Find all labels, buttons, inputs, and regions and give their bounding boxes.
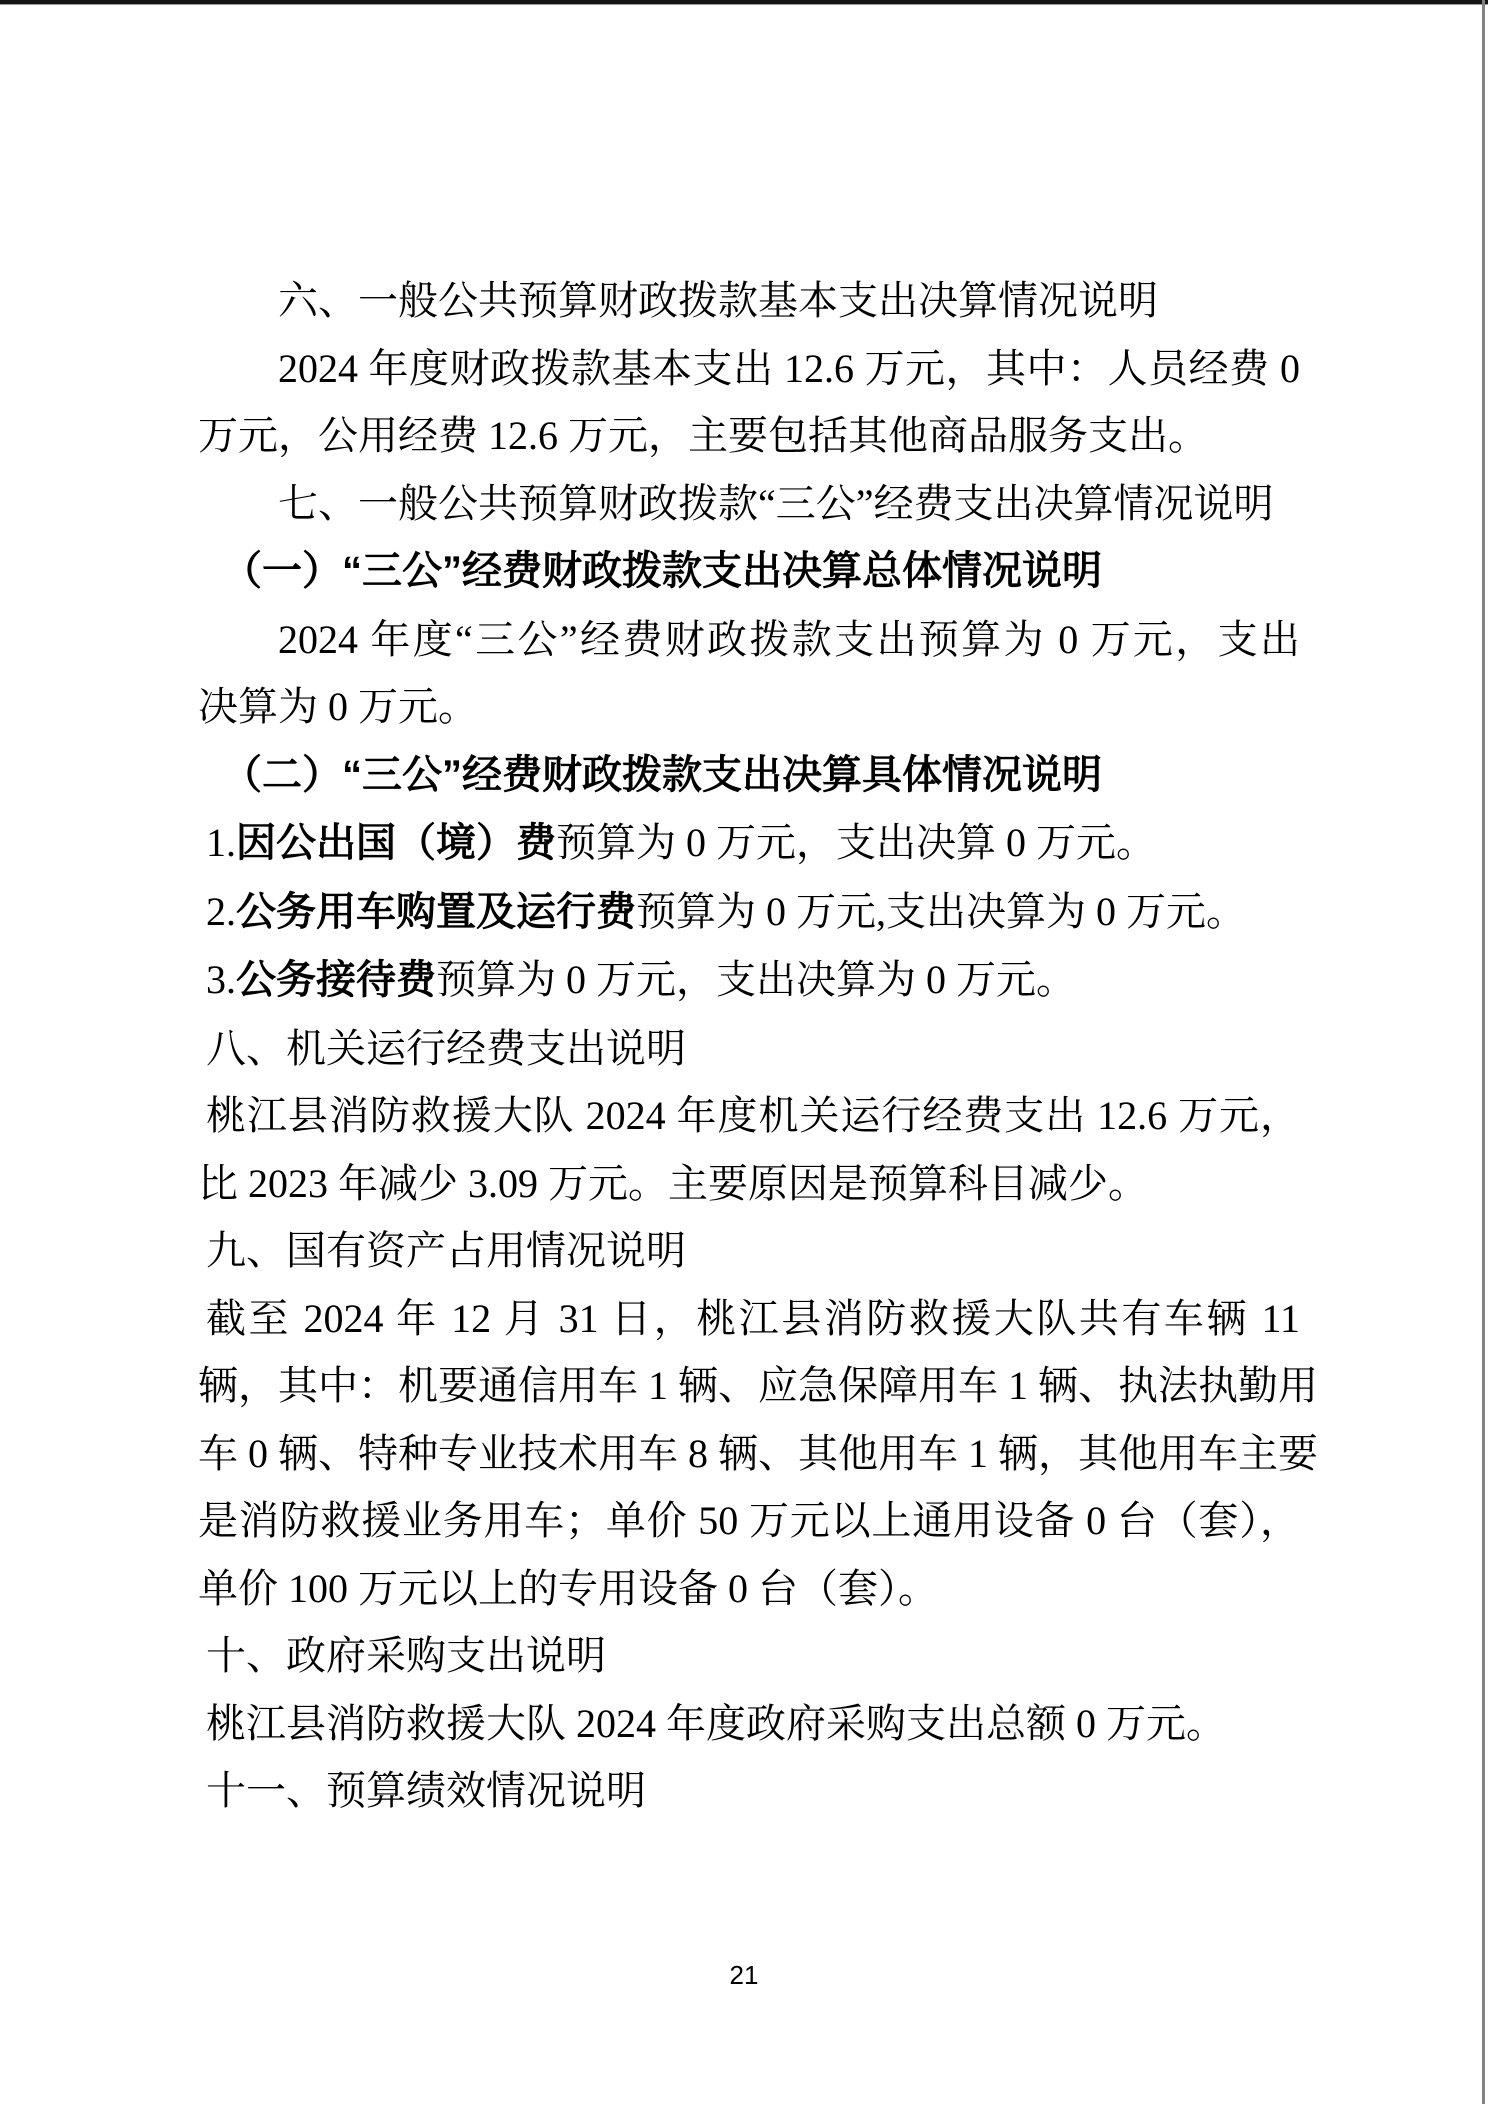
text-line: 七、一般公共预算财政拨款“三公”经费支出决算情况说明 xyxy=(198,470,1300,538)
text-segment: 2024 年度财政拨款基本支出 12.6 万元，其中：人员经费 0 xyxy=(278,346,1300,391)
text-line: 十一、预算绩效情况说明 xyxy=(198,1757,1300,1825)
text-line: 九、国有资产占用情况说明 xyxy=(198,1217,1300,1285)
document-page: 六、一般公共预算财政拨款基本支出决算情况说明2024 年度财政拨款基本支出 12… xyxy=(0,0,1488,2104)
text-segment: 八、机关运行经费支出说明 xyxy=(206,1026,686,1071)
text-line: 1.因公出国（境）费预算为 0 万元，支出决算 0 万元。 xyxy=(198,809,1300,878)
text-line: 决算为 0 万元。 xyxy=(198,673,1300,741)
text-segment: 2024 年度“三公”经费财政拨款支出预算为 0 万元，支出 xyxy=(278,617,1300,662)
text-segment: 截至 2024 年 12 月 31 日，桃江县消防救援大队共有车辆 11 xyxy=(206,1296,1300,1341)
text-segment: 预算为 0 万元，支出决算为 0 万元。 xyxy=(436,957,1076,1002)
text-line: 十、政府采购支出说明 xyxy=(198,1622,1300,1690)
text-line: 万元，公用经费 12.6 万元，主要包括其他商品服务支出。 xyxy=(198,402,1300,470)
window-top-edge xyxy=(0,0,1488,5)
text-line: 2024 年度“三公”经费财政拨款支出预算为 0 万元，支出 xyxy=(198,606,1300,674)
text-line: 2024 年度财政拨款基本支出 12.6 万元，其中：人员经费 0 xyxy=(198,335,1300,403)
text-segment: 十一、预算绩效情况说明 xyxy=(206,1768,646,1813)
document-body: 六、一般公共预算财政拨款基本支出决算情况说明2024 年度财政拨款基本支出 12… xyxy=(198,267,1300,1825)
text-segment: 辆，其中：机要通信用车 1 辆、应急保障用车 1 辆、执法执勤用 xyxy=(198,1363,1318,1408)
text-segment: 桃江县消防救援大队 2024 年度机关运行经费支出 12.6 万元， xyxy=(206,1093,1300,1138)
text-segment: 2. xyxy=(206,889,236,934)
page-number: 21 xyxy=(0,1960,1488,1991)
text-segment: 万元，公用经费 12.6 万元，主要包括其他商品服务支出。 xyxy=(198,413,1208,458)
text-segment: 七、一般公共预算财政拨款“三公”经费支出决算情况说明 xyxy=(278,481,1274,526)
text-line: （一）“三公”经费财政拨款支出决算总体情况说明 xyxy=(198,537,1300,606)
text-segment: 预算为 0 万元,支出决算为 0 万元。 xyxy=(636,889,1246,934)
text-line: 比 2023 年减少 3.09 万元。主要原因是预算科目减少。 xyxy=(198,1150,1300,1218)
text-segment: 六、一般公共预算财政拨款基本支出决算情况说明 xyxy=(278,278,1158,323)
text-segment: 单价 100 万元以上的专用设备 0 台（套）。 xyxy=(198,1566,938,1611)
text-segment: 九、国有资产占用情况说明 xyxy=(206,1228,686,1273)
bold-text-segment: （一）“三公”经费财政拨款支出决算总体情况说明 xyxy=(222,549,1102,593)
text-segment: 比 2023 年减少 3.09 万元。主要原因是预算科目减少。 xyxy=(198,1161,1148,1206)
text-line: 八、机关运行经费支出说明 xyxy=(198,1015,1300,1083)
bold-text-segment: 因公出国（境）费 xyxy=(236,821,556,865)
text-line: 桃江县消防救援大队 2024 年度政府采购支出总额 0 万元。 xyxy=(198,1690,1300,1758)
text-line: 截至 2024 年 12 月 31 日，桃江县消防救援大队共有车辆 11 xyxy=(198,1285,1300,1353)
text-line: （二）“三公”经费财政拨款支出决算具体情况说明 xyxy=(198,741,1300,810)
text-line: 六、一般公共预算财政拨款基本支出决算情况说明 xyxy=(198,267,1300,335)
text-segment: 预算为 0 万元，支出决算 0 万元。 xyxy=(556,820,1156,865)
text-line: 3.公务接待费预算为 0 万元，支出决算为 0 万元。 xyxy=(198,946,1300,1015)
text-line: 单价 100 万元以上的专用设备 0 台（套）。 xyxy=(198,1555,1300,1623)
text-line: 车 0 辆、特种专业技术用车 8 辆、其他用车 1 辆，其他用车主要 xyxy=(198,1420,1300,1488)
bold-text-segment: 公务接待费 xyxy=(236,958,436,1002)
text-segment: 决算为 0 万元。 xyxy=(198,684,478,729)
text-line: 辆，其中：机要通信用车 1 辆、应急保障用车 1 辆、执法执勤用 xyxy=(198,1352,1300,1420)
bold-text-segment: 公务用车购置及运行费 xyxy=(236,890,636,934)
text-segment: 十、政府采购支出说明 xyxy=(206,1633,606,1678)
bold-text-segment: （二）“三公”经费财政拨款支出决算具体情况说明 xyxy=(222,753,1102,797)
text-segment: 桃江县消防救援大队 2024 年度政府采购支出总额 0 万元。 xyxy=(206,1701,1226,1746)
text-segment: 3. xyxy=(206,957,236,1002)
text-line: 是消防救援业务用车；单价 50 万元以上通用设备 0 台（套）， xyxy=(198,1487,1300,1555)
text-line: 桃江县消防救援大队 2024 年度机关运行经费支出 12.6 万元， xyxy=(198,1082,1300,1150)
text-line: 2.公务用车购置及运行费预算为 0 万元,支出决算为 0 万元。 xyxy=(198,878,1300,947)
text-segment: 车 0 辆、特种专业技术用车 8 辆、其他用车 1 辆，其他用车主要 xyxy=(198,1431,1318,1476)
text-segment: 1. xyxy=(206,820,236,865)
text-segment: 是消防救援业务用车；单价 50 万元以上通用设备 0 台（套）， xyxy=(198,1498,1300,1543)
page-right-border xyxy=(1482,0,1485,2104)
